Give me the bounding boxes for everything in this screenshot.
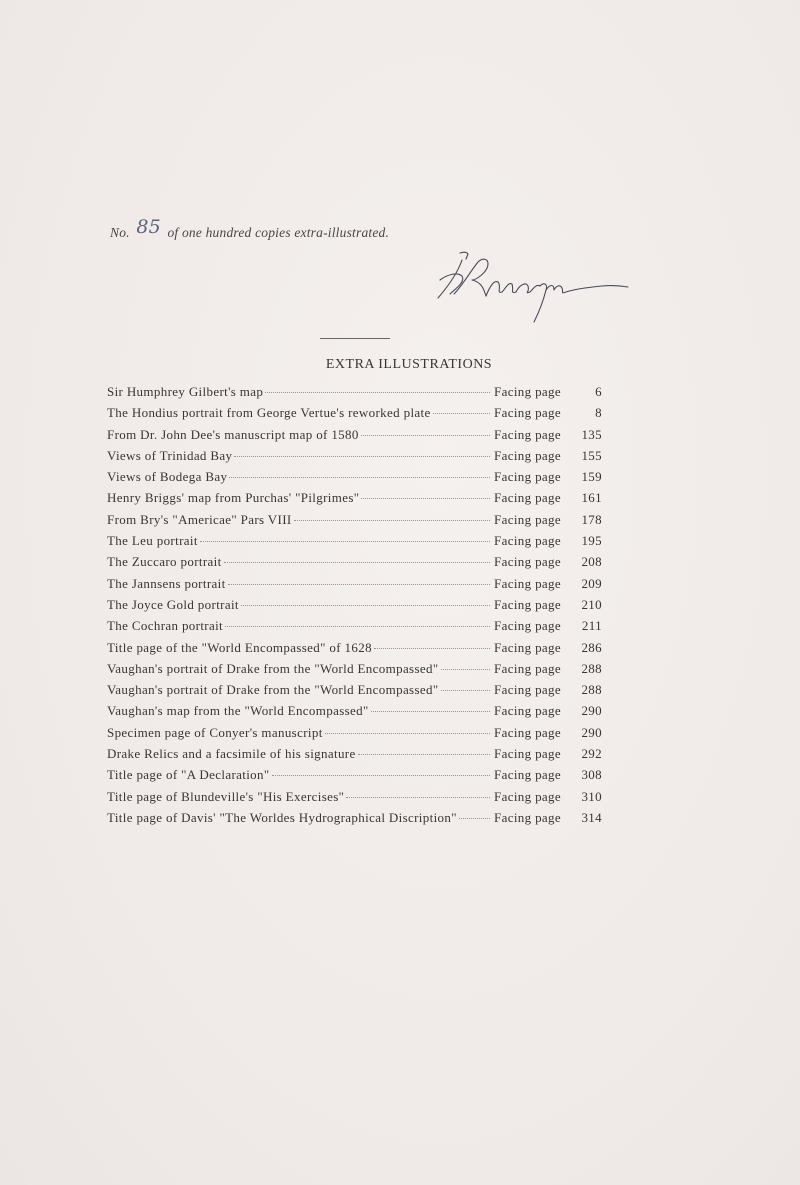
page-number: 288 [572, 661, 602, 677]
page-number: 290 [572, 725, 602, 741]
page-number: 8 [572, 405, 602, 421]
list-item: Title page of the "World Encompassed" of… [107, 640, 602, 661]
dot-leader [459, 818, 490, 819]
illustration-title: The Hondius portrait from George Vertue'… [107, 405, 431, 421]
facing-label: Facing page [494, 512, 572, 528]
dot-leader [294, 520, 490, 521]
illustration-title: The Cochran portrait [107, 618, 223, 634]
list-item: Vaughan's map from the "World Encompasse… [107, 703, 602, 724]
illustration-title: Vaughan's map from the "World Encompasse… [107, 703, 369, 719]
page-number: 208 [572, 554, 602, 570]
list-item: Specimen page of Conyer's manuscriptFaci… [107, 725, 602, 746]
page-number: 314 [572, 810, 602, 826]
dot-leader [374, 648, 490, 649]
dot-leader [346, 797, 490, 798]
list-item: The Leu portraitFacing page195 [107, 533, 602, 554]
page-number: 310 [572, 789, 602, 805]
page-number: 159 [572, 469, 602, 485]
handwritten-signature [432, 250, 642, 330]
limitation-suffix: of one hundred copies extra-illustrated. [167, 225, 389, 240]
illustrations-list: Sir Humphrey Gilbert's mapFacing page6 T… [107, 384, 602, 831]
dot-leader [358, 754, 490, 755]
illustration-title: From Dr. John Dee's manuscript map of 15… [107, 427, 359, 443]
dot-leader [229, 477, 490, 478]
illustration-title: Sir Humphrey Gilbert's map [107, 384, 263, 400]
decorative-rule [320, 338, 390, 339]
facing-label: Facing page [494, 725, 572, 741]
dot-leader [224, 562, 490, 563]
illustration-title: The Joyce Gold portrait [107, 597, 239, 613]
list-item: The Jannsens portraitFacing page209 [107, 576, 602, 597]
facing-label: Facing page [494, 554, 572, 570]
page-number: 292 [572, 746, 602, 762]
illustration-title: From Bry's "Americae" Pars VIII [107, 512, 292, 528]
list-item: Vaughan's portrait of Drake from the "Wo… [107, 682, 602, 703]
page-number: 290 [572, 703, 602, 719]
facing-label: Facing page [494, 767, 572, 783]
dot-leader [441, 669, 490, 670]
list-item: Views of Bodega BayFacing page159 [107, 469, 602, 490]
dot-leader [228, 584, 490, 585]
page-number: 209 [572, 576, 602, 592]
page-number: 178 [572, 512, 602, 528]
list-item: The Joyce Gold portraitFacing page210 [107, 597, 602, 618]
list-item: From Dr. John Dee's manuscript map of 15… [107, 427, 602, 448]
list-item: The Zuccaro portraitFacing page208 [107, 554, 602, 575]
dot-leader [265, 392, 490, 393]
illustration-title: Title page of the "World Encompassed" of… [107, 640, 372, 656]
page-number: 155 [572, 448, 602, 464]
list-item: Henry Briggs' map from Purchas' "Pilgrim… [107, 490, 602, 511]
dot-leader [325, 733, 490, 734]
page-number: 195 [572, 533, 602, 549]
list-item: The Hondius portrait from George Vertue'… [107, 405, 602, 426]
illustration-title: Title page of Blundeville's "His Exercis… [107, 789, 344, 805]
facing-label: Facing page [494, 703, 572, 719]
facing-label: Facing page [494, 384, 572, 400]
facing-label: Facing page [494, 490, 572, 506]
page-number: 288 [572, 682, 602, 698]
illustration-title: Specimen page of Conyer's manuscript [107, 725, 323, 741]
page-number: 161 [572, 490, 602, 506]
section-heading: EXTRA ILLUSTRATIONS [0, 357, 800, 373]
dot-leader [371, 711, 490, 712]
dot-leader [225, 626, 490, 627]
dot-leader [200, 541, 490, 542]
page-number: 6 [572, 384, 602, 400]
dot-leader [241, 605, 490, 606]
illustration-title: Vaughan's portrait of Drake from the "Wo… [107, 661, 439, 677]
dot-leader [441, 690, 490, 691]
list-item: Title page of Blundeville's "His Exercis… [107, 789, 602, 810]
facing-label: Facing page [494, 597, 572, 613]
signature-icon [432, 250, 642, 330]
facing-label: Facing page [494, 789, 572, 805]
page-number: 308 [572, 767, 602, 783]
illustration-title: Views of Trinidad Bay [107, 448, 232, 464]
list-item: Vaughan's portrait of Drake from the "Wo… [107, 661, 602, 682]
list-item: Title page of "A Declaration"Facing page… [107, 767, 602, 788]
facing-label: Facing page [494, 576, 572, 592]
illustration-title: Title page of Davis' "The Worldes Hydrog… [107, 810, 457, 826]
dot-leader [234, 456, 490, 457]
dot-leader [361, 435, 490, 436]
list-item: The Cochran portraitFacing page211 [107, 618, 602, 639]
list-item: From Bry's "Americae" Pars VIIIFacing pa… [107, 512, 602, 533]
facing-label: Facing page [494, 469, 572, 485]
page-number: 210 [572, 597, 602, 613]
facing-label: Facing page [494, 533, 572, 549]
facing-label: Facing page [494, 448, 572, 464]
illustration-title: The Leu portrait [107, 533, 198, 549]
illustration-title: The Zuccaro portrait [107, 554, 222, 570]
book-page: No. 85 of one hundred copies extra-illus… [0, 0, 800, 1185]
facing-label: Facing page [494, 405, 572, 421]
facing-label: Facing page [494, 640, 572, 656]
illustration-title: Drake Relics and a facsimile of his sign… [107, 746, 356, 762]
illustration-title: Title page of "A Declaration" [107, 767, 270, 783]
limitation-prefix: No. [110, 225, 130, 240]
limitation-statement: No. 85 of one hundred copies extra-illus… [110, 220, 389, 242]
page-number: 211 [572, 618, 602, 634]
dot-leader [272, 775, 490, 776]
illustration-title: Vaughan's portrait of Drake from the "Wo… [107, 682, 439, 698]
facing-label: Facing page [494, 661, 572, 677]
facing-label: Facing page [494, 682, 572, 698]
illustration-title: Henry Briggs' map from Purchas' "Pilgrim… [107, 490, 359, 506]
list-item: Sir Humphrey Gilbert's mapFacing page6 [107, 384, 602, 405]
handwritten-copy-number: 85 [136, 216, 161, 238]
facing-label: Facing page [494, 746, 572, 762]
list-item: Title page of Davis' "The Worldes Hydrog… [107, 810, 602, 831]
illustration-title: The Jannsens portrait [107, 576, 226, 592]
list-item: Drake Relics and a facsimile of his sign… [107, 746, 602, 767]
facing-label: Facing page [494, 618, 572, 634]
facing-label: Facing page [494, 427, 572, 443]
page-number: 135 [572, 427, 602, 443]
dot-leader [361, 498, 490, 499]
facing-label: Facing page [494, 810, 572, 826]
list-item: Views of Trinidad BayFacing page155 [107, 448, 602, 469]
illustration-title: Views of Bodega Bay [107, 469, 227, 485]
dot-leader [433, 413, 490, 414]
page-number: 286 [572, 640, 602, 656]
